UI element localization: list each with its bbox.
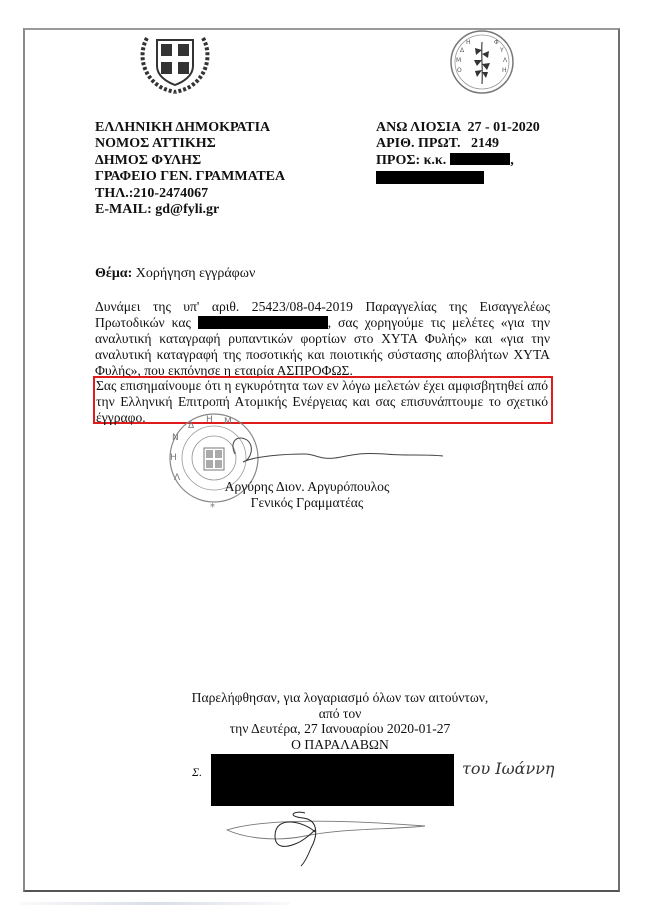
sender-email: E-MAIL: gd@fyli.gr [95, 202, 285, 218]
receipt-line: από τον [150, 706, 530, 722]
receiver-signature-scribble [225, 808, 435, 868]
svg-text:Δ: Δ [460, 47, 465, 54]
svg-text:Η: Η [170, 453, 177, 463]
svg-text:Ν: Ν [172, 433, 179, 443]
svg-text:Λ: Λ [503, 57, 508, 64]
sender-line: ΓΡΑΦΕΙΟ ΓΕΝ. ΓΡΑΜΜΑΤΕΑ [95, 169, 285, 185]
scan-artifact [20, 902, 290, 905]
place-date: ΑΝΩ ΛΙΟΣΙΑ 27 - 01-2020 [376, 120, 540, 136]
sender-line: ΕΛΛΗΝΙΚΗ ΔΗΜΟΚΡΑΤΙΑ [95, 120, 285, 136]
redaction-bar [198, 316, 328, 329]
subject-text: Χορήγηση εγγράφων [132, 266, 255, 281]
redaction-bar [450, 153, 510, 165]
svg-text:Υ: Υ [499, 47, 504, 54]
signer-name: Αργύρης Διον. Αργυρόπουλος [222, 479, 392, 495]
signer-title: Γενικός Γραμματέας [222, 495, 392, 511]
svg-text:Λ: Λ [174, 473, 181, 483]
protocol-number: ΑΡΙΘ. ΠΡΩΤ. 2149 [376, 136, 540, 152]
handwritten-name: του Ιωάννη [462, 752, 582, 782]
redaction-bar [211, 754, 454, 806]
receiver-label: Ο ΠΑΡΑΛΑΒΩΝ [150, 737, 530, 753]
municipality-seal-icon: Δ Η Φ Υ Λ Η Μ Ο [448, 28, 516, 96]
handwritten-prefix: Σ. [192, 765, 202, 780]
subject-line: Θέμα: Χορήγηση εγγράφων [95, 266, 255, 282]
body-paragraph-1: Δυνάμει της υπ' αριθ. 25423/08-04-2019 Π… [95, 299, 550, 379]
recipient-line: ΠΡΟΣ: κ.κ., [376, 153, 540, 169]
recipient-label: ΠΡΟΣ: κ.κ. [376, 153, 446, 168]
sender-block: ΕΛΛΗΝΙΚΗ ΔΗΜΟΚΡΑΤΙΑ ΝΟΜΟΣ ΑΤΤΙΚΗΣ ΔΗΜΟΣ … [95, 120, 285, 218]
redaction-bar [376, 171, 484, 184]
subject-label: Θέμα: [95, 266, 132, 281]
signature-scribble [225, 432, 445, 472]
sender-line: ΔΗΜΟΣ ΦΥΛΗΣ [95, 153, 285, 169]
receipt-line: την Δευτέρα, 27 Ιανουαρίου 2020-01-27 [150, 721, 530, 737]
svg-text:Μ: Μ [456, 57, 461, 64]
recipient-block: ΑΝΩ ΛΙΟΣΙΑ 27 - 01-2020 ΑΡΙΘ. ΠΡΩΤ. 2149… [376, 120, 540, 184]
svg-text:Δ: Δ [188, 421, 195, 431]
receipt-block: Παρελήφθησαν, για λογαριασμό όλων των αι… [150, 690, 530, 752]
body-paragraph-2: Σας επισημαίνουμε ότι η εγκυρότητα των ε… [96, 378, 548, 426]
sender-line: ΝΟΜΟΣ ΑΤΤΙΚΗΣ [95, 136, 285, 152]
sender-phone: ΤΗΛ.:210-2474067 [95, 186, 285, 202]
svg-text:Η: Η [206, 415, 213, 425]
svg-text:Ο: Ο [457, 67, 462, 74]
greek-emblem-icon [137, 30, 213, 94]
svg-text:Η: Η [502, 67, 507, 74]
svg-text:Φ: Φ [494, 39, 499, 46]
svg-text:*: * [210, 502, 215, 513]
receipt-line: Παρελήφθησαν, για λογαριασμό όλων των αι… [150, 690, 530, 706]
svg-text:του Ιωάννη: του Ιωάννη [462, 759, 555, 778]
svg-text:Η: Η [466, 39, 471, 46]
svg-text:Μ: Μ [224, 417, 232, 427]
recipient-suffix: , [510, 153, 514, 168]
signer-block: Αργύρης Διον. Αργυρόπουλος Γενικός Γραμμ… [222, 479, 392, 511]
